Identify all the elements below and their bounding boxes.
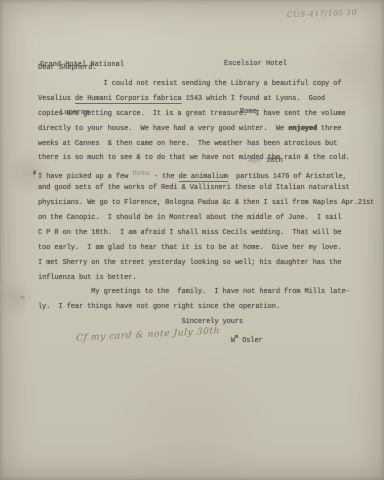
letter-line: too early. I am glad to hear that it is … [38, 241, 382, 256]
paper-smudge [20, 296, 25, 299]
letter-line: C P R on the 18th. I am afraid I shall m… [38, 226, 382, 241]
letter-line: I have picked up a few items - the de an… [38, 166, 382, 181]
letter-line: copies are getting scarce. It is a great… [38, 107, 382, 122]
letter-line: on the Canopic. I should be in Montreal … [38, 211, 382, 226]
salutation: Dear Shepherd. [38, 64, 97, 72]
letter-line: I could not resist sending the Library a… [38, 77, 382, 92]
letter-line: ly. I fear things have not gone right si… [38, 300, 382, 315]
letter-line: directly to your house. We have had a ve… [38, 122, 382, 137]
letter-line: physicians. We go to Florence, Bologna P… [38, 196, 382, 211]
ink-speck [32, 170, 36, 176]
letter-line: My greetings to the family. I have not h… [38, 285, 382, 300]
letter-body: I could not resist sending the Library a… [38, 77, 382, 345]
archive-annotation: CUS-417/105 10 [287, 8, 357, 19]
letter-line: influenza but is better. [38, 271, 382, 286]
letter-line: there is so much to see & to do that we … [38, 151, 382, 166]
letter-line: and good sets of the works of Redi & Val… [38, 181, 382, 196]
letter-line: I met Sherry on the street yesterday loo… [38, 256, 382, 271]
letter-page: CUS-417/105 10 Grand Hotel National Luce… [0, 0, 384, 480]
letter-line: Vesalius de Humani Corporis fabrica 1543… [38, 92, 382, 107]
letter-line: weeks at Cannes & then came on here. The… [38, 137, 382, 152]
location-hotel-name: Excelsior Hotel [224, 56, 287, 72]
